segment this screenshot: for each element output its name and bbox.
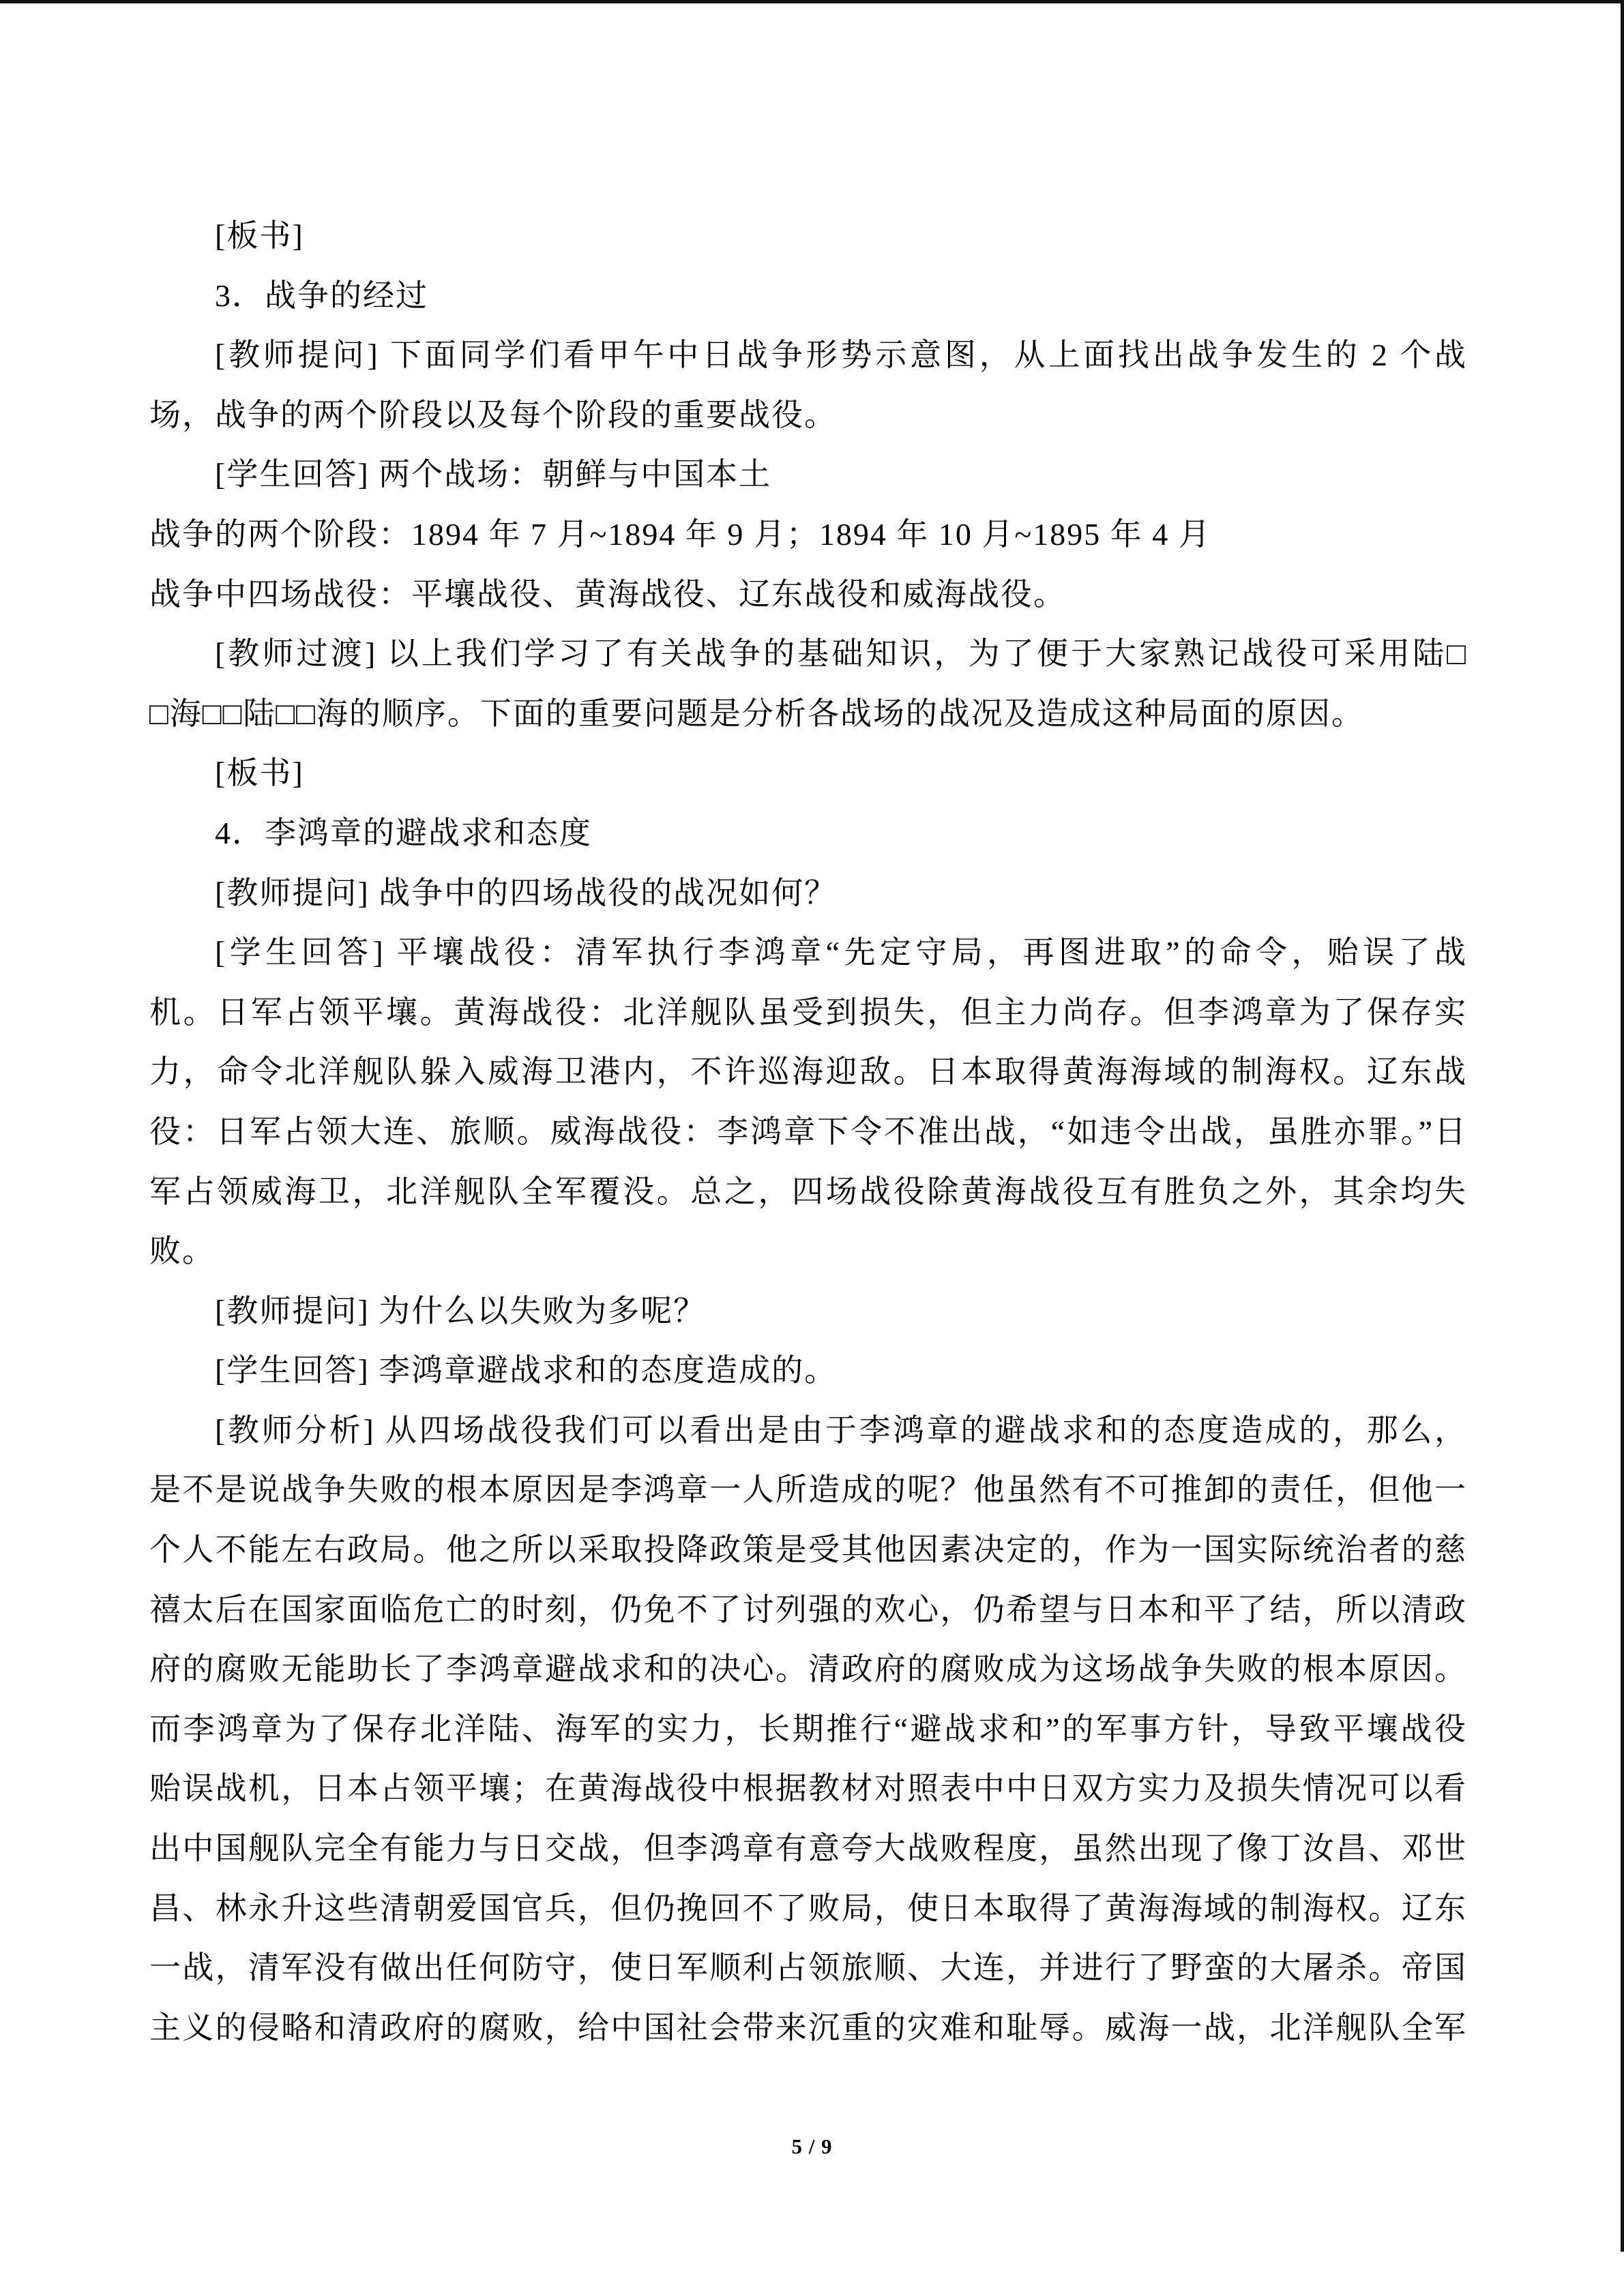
- text-line: 机。日军占领平壤。黄海战役：北洋舰队虽受到损失，但主力尚存。但李鸿章为了保存实: [149, 983, 1467, 1043]
- text-line: [教师过渡] 以上我们学习了有关战争的基础知识，为了便于大家熟记战役可采用陆□: [149, 624, 1467, 684]
- text-line: 军占领威海卫，北洋舰队全军覆没。总之，四场战役除黄海战役互有胜负之外，其余均失: [149, 1162, 1467, 1222]
- page-border-top-line: [0, 0, 1624, 3]
- text-line: 战争中四场战役：平壤战役、黄海战役、辽东战役和威海战役。: [149, 565, 1467, 625]
- text-line: 昌、林永升这些清朝爱国官兵，但仍挽回不了败局，使日本取得了黄海海域的制海权。辽东: [149, 1879, 1467, 1939]
- text-line: [学生回答] 李鸿章避战求和的态度造成的。: [149, 1341, 1467, 1401]
- text-line: 贻误战机，日本占领平壤；在黄海战役中根据教材对照表中中日双方实力及损失情况可以看: [149, 1759, 1467, 1819]
- text-line: [板书]: [149, 743, 1467, 803]
- text-line: 役：日军占领大连、旅顺。威海战役：李鸿章下令不准出战，“如违令出战，虽胜亦罪。”…: [149, 1102, 1467, 1162]
- text-line: 禧太后在国家面临危亡的时刻，仍免不了讨列强的欢心，仍希望与日本和平了结，所以清政: [149, 1580, 1467, 1640]
- document-page: { "document": { "lines": [ {"text": "[板书…: [0, 0, 1624, 2296]
- text-line: 而李鸿章为了保存北洋陆、海军的实力，长期推行“避战求和”的军事方针，导致平壤战役: [149, 1699, 1467, 1759]
- text-line: 是不是说战争失败的根本原因是李鸿章一人所造成的呢？他虽然有不可推卸的责任，但他一: [149, 1460, 1467, 1520]
- text-line: 出中国舰队完全有能力与日交战，但李鸿章有意夸大战败程度，虽然出现了像丁汝昌、邓世: [149, 1819, 1467, 1879]
- text-line: 主义的侵略和清政府的腐败，给中国社会带来沉重的灾难和耻辱。威海一战，北洋舰队全军: [149, 1998, 1467, 2058]
- text-line: 力，命令北洋舰队躲入威海卫港内，不许巡海迎敌。日本取得黄海海域的制海权。辽东战: [149, 1042, 1467, 1102]
- text-line: [学生回答] 两个战场：朝鲜与中国本土: [149, 445, 1467, 505]
- text-line: 场，战争的两个阶段以及每个阶段的重要战役。: [149, 385, 1467, 445]
- text-line: 府的腐败无能助长了李鸿章避战求和的决心。清政府的腐败成为这场战争失败的根本原因。: [149, 1639, 1467, 1699]
- text-line: [教师提问] 战争中的四场战役的战况如何？: [149, 863, 1467, 923]
- text-line: 战争的两个阶段：1894 年 7 月~1894 年 9 月；1894 年 10 …: [149, 505, 1467, 565]
- text-line: [板书]: [149, 206, 1467, 266]
- text-line: □海□□陆□□海的顺序。下面的重要问题是分析各战场的战况及造成这种局面的原因。: [149, 684, 1467, 744]
- text-line: 3．战争的经过: [149, 266, 1467, 326]
- document-body: [板书]3．战争的经过[教师提问] 下面同学们看甲午中日战争形势示意图，从上面找…: [149, 206, 1467, 2057]
- text-line: 一战，清军没有做出任何防守，使日军顺利占领旅顺、大连，并进行了野蛮的大屠杀。帝国: [149, 1938, 1467, 1998]
- page-border-right-line: [1621, 0, 1624, 2252]
- text-line: [教师提问] 为什么以失败为多呢？: [149, 1281, 1467, 1341]
- text-line: [教师提问] 下面同学们看甲午中日战争形势示意图，从上面找出战争发生的 2 个战: [149, 325, 1467, 385]
- text-line: 败。: [149, 1221, 1467, 1281]
- page-number: 5 / 9: [0, 2133, 1624, 2160]
- text-line: 4．李鸿章的避战求和态度: [149, 803, 1467, 863]
- text-line: [学生回答] 平壤战役：清军执行李鸿章“先定守局，再图进取”的命令，贻误了战: [149, 923, 1467, 983]
- text-line: 个人不能左右政局。他之所以采取投降政策是受其他因素决定的，作为一国实际统治者的慈: [149, 1520, 1467, 1580]
- text-line: [教师分析] 从四场战役我们可以看出是由于李鸿章的避战求和的态度造成的，那么，: [149, 1401, 1467, 1461]
